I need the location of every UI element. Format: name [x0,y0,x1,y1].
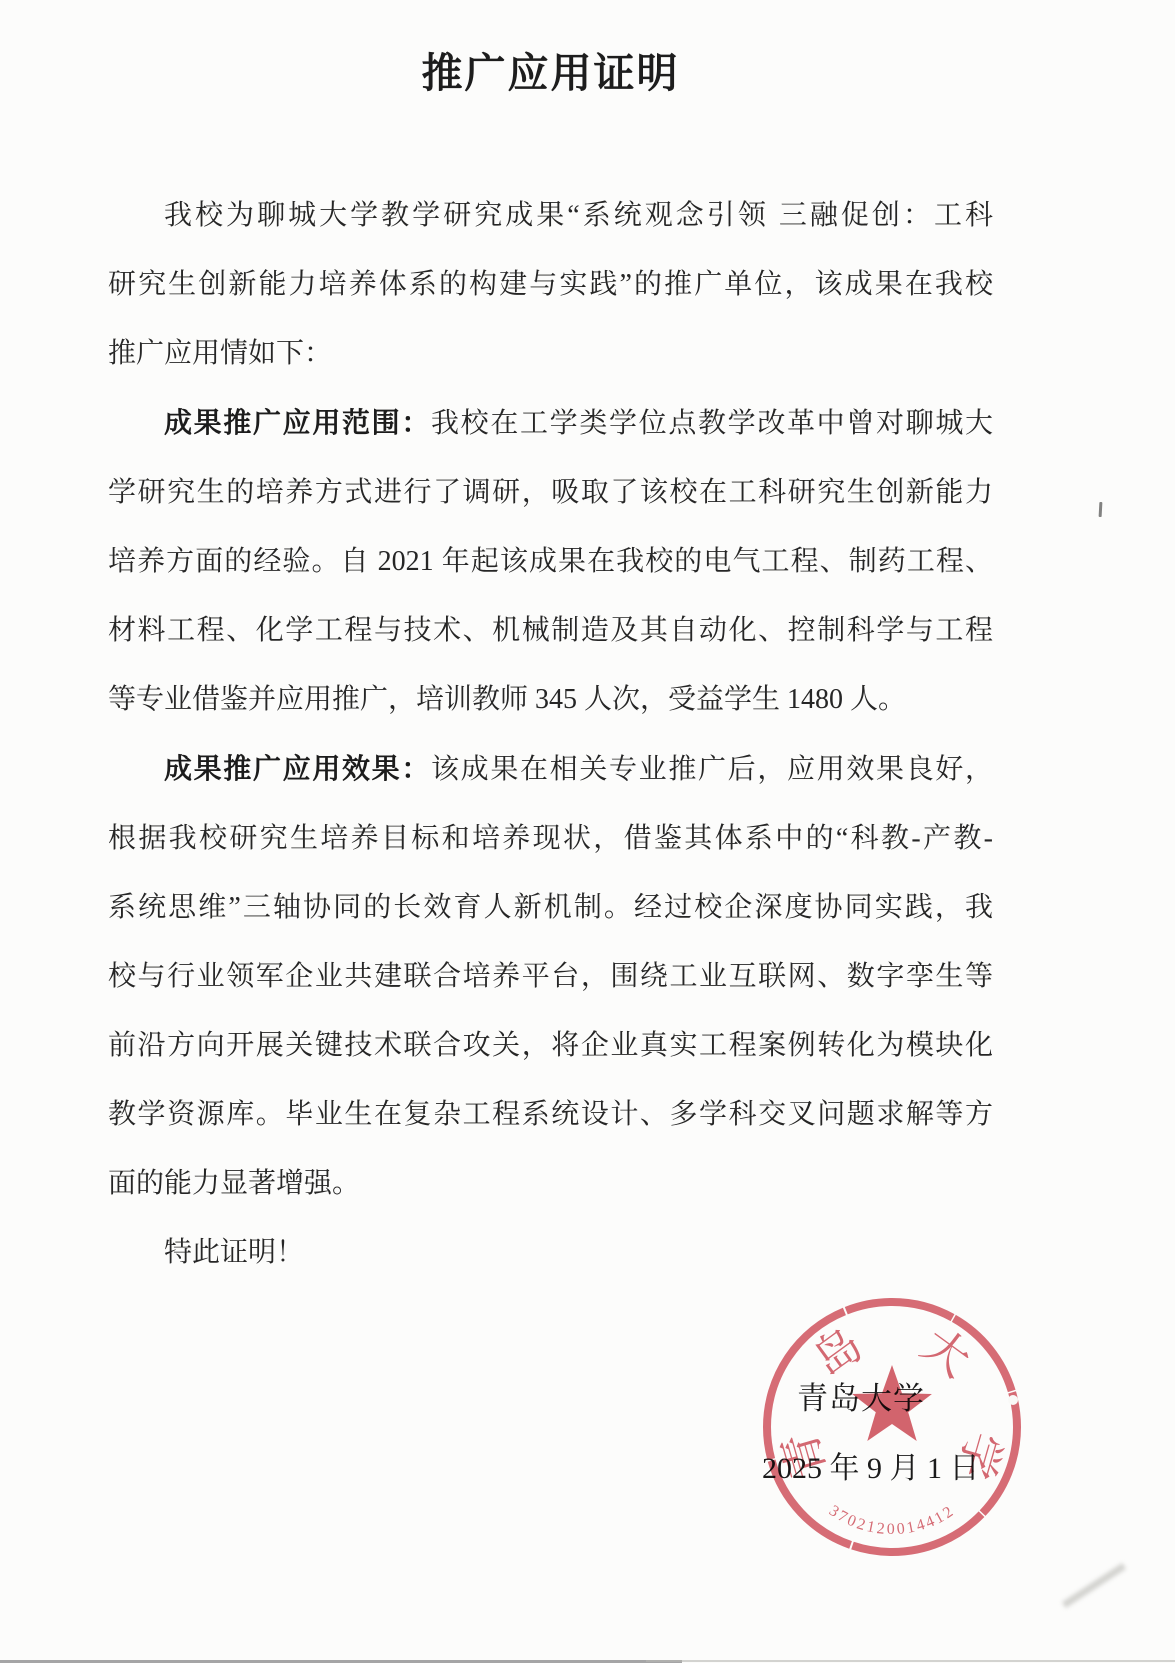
body-line: 前沿方向开展关键技术联合攻关，将企业真实工程案例转化为模块化 [108,1011,993,1080]
paragraph-scope: 成果推广应用范围：我校在工学类学位点教学改革中曾对聊城大 学研究生的培养方式进行… [108,388,993,734]
body-line: 成果推广应用范围：我校在工学类学位点教学改革中曾对聊城大 [108,388,993,458]
body-text: 我校在工学类学位点教学改革中曾对聊城大 [431,408,993,439]
body-line: 教学资源库。毕业生在复杂工程系统设计、多学科交叉问题求解等方 [108,1080,993,1149]
body-line: 面的能力显著增强。 [108,1149,993,1218]
body-line: 等专业借鉴并应用推广，培训教师 345 人次，受益学生 1480 人。 [108,665,993,734]
body-line: 培养方面的经验。自 2021 年起该成果在我校的电气工程、制药工程、 [108,527,993,596]
paragraph-effect: 成果推广应用效果：该成果在相关专业推广后，应用效果良好， 根据我校研究生培养目标… [108,734,993,1218]
section-heading-effect: 成果推广应用效果： [164,753,431,784]
scan-artifact [1099,502,1103,517]
official-seal-stamp: 青 岛 大 学 3702120014412 [762,1297,1022,1557]
seal-ring-ink-gap [1008,1395,1018,1405]
document-body: 我校为聊城大学教学研究成果“系统观念引领 三融促创：工科 研究生创新能力培养体系… [108,180,993,1287]
scan-edge-shadow [646,1660,1175,1662]
body-line: 学研究生的培养方式进行了调研，吸取了该校在工科研究生创新能力 [108,458,993,527]
seal-ring-char: 学 [949,1426,1011,1484]
body-text: 该成果在相关专业推广后，应用效果良好， [431,754,993,785]
seal-star-icon [852,1365,932,1441]
body-line: 材料工程、化学工程与技术、机械制造及其自动化、控制科学与工程 [108,596,993,665]
body-text: 我校为聊城大学教学研究成果“系统观念引领 三融促创：工科 [164,200,993,231]
body-line: 系统思维”三轴协同的长效育人新机制。经过校企深度协同实践，我 [108,873,993,942]
body-line: 校与行业领军企业共建联合培养平台，围绕工业互联网、数字孪生等 [108,942,993,1011]
body-line: 推广应用情如下： [108,319,993,388]
certificate-page: 推广应用证明 我校为聊城大学教学研究成果“系统观念引领 三融促创：工科 研究生创… [0,0,1175,1663]
seal-ring [767,1302,1017,1552]
seal-ring-char: 青 [774,1426,836,1484]
document-title: 推广应用证明 [108,40,993,99]
scan-artifact [1062,1563,1126,1608]
body-line: 特此证明！ [108,1218,993,1287]
paragraph-intro: 我校为聊城大学教学研究成果“系统观念引领 三融促创：工科 研究生创新能力培养体系… [108,180,993,388]
seal-serial-number: 3702120014412 [826,1502,958,1538]
body-text: 特此证明！ [164,1237,304,1268]
body-line: 成果推广应用效果：该成果在相关专业推广后，应用效果良好， [108,734,993,804]
body-line: 我校为聊城大学教学研究成果“系统观念引领 三融促创：工科 [108,180,993,250]
body-line: 根据我校研究生培养目标和培养现状，借鉴其体系中的“科教-产教- [108,804,993,873]
body-line: 研究生创新能力培养体系的构建与实践”的推广单位，该成果在我校 [108,250,993,319]
section-heading-scope: 成果推广应用范围： [164,407,431,438]
paragraph-closing: 特此证明！ [108,1218,993,1287]
